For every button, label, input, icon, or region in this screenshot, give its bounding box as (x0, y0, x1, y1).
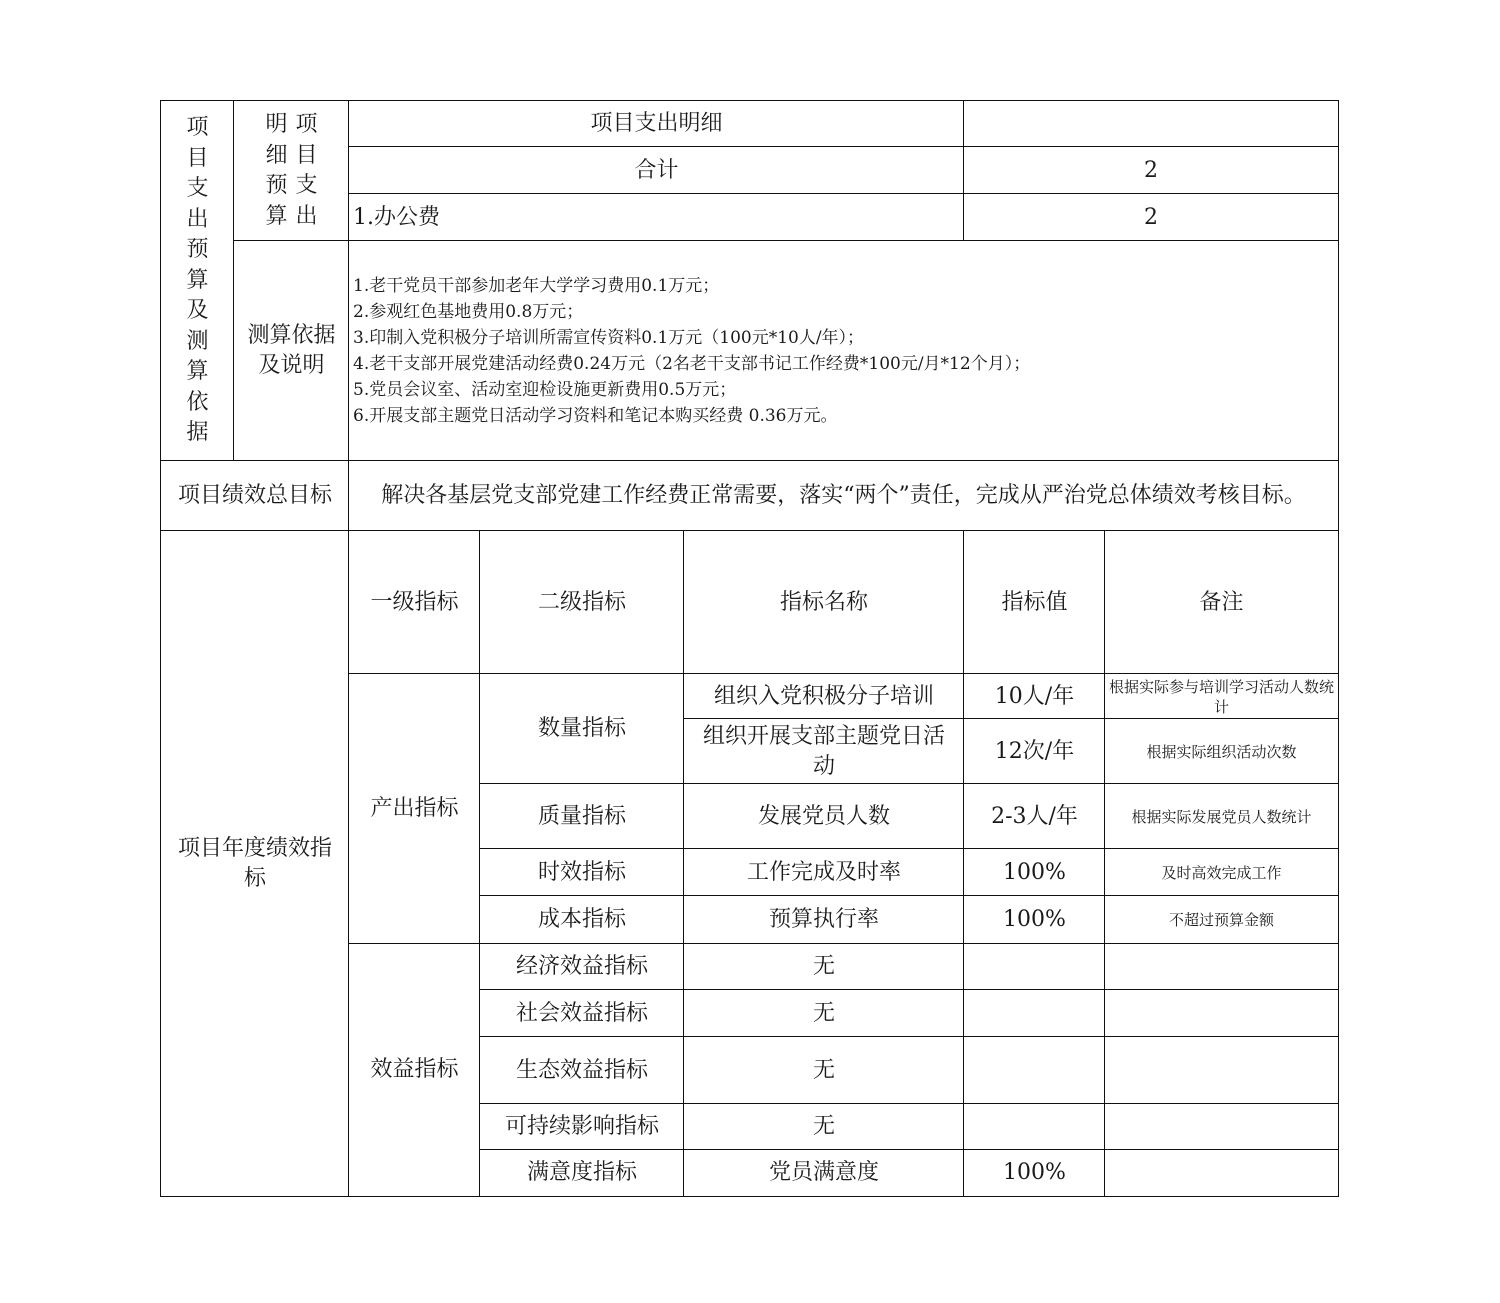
header-level1-text: 一级指标 (370, 588, 458, 618)
budget-outer-label-text: 项目支出预算及测算依据 (186, 113, 208, 449)
basis-line: 1.老干党员干部参加老年大学学习费用0.1万元； (353, 273, 719, 299)
indicator-name-text: 党员满意度 (769, 1158, 879, 1188)
level2-text: 可持续影响指标 (505, 1112, 659, 1142)
indicator-name-text: 组织开展支部主题党日活动 (694, 722, 954, 782)
indicator-value-text: 100% (1003, 858, 1066, 888)
expense-item-amount: 2 (1144, 203, 1158, 233)
indicator-name: 发展党员人数 (683, 783, 965, 850)
indicator-note: 根据实际组织活动次数 (1104, 718, 1339, 785)
header-name: 指标名称 (683, 530, 965, 675)
level2-economic: 经济效益指标 (479, 943, 685, 991)
detail-budget-label: 明细预算 项目支出 (233, 100, 350, 242)
indicator-name: 无 (683, 943, 965, 991)
level2-text: 经济效益指标 (516, 952, 648, 982)
header-level2: 二级指标 (479, 530, 685, 675)
goal-label-cell: 项目绩效总目标 (160, 460, 350, 532)
goal-label: 项目绩效总目标 (178, 481, 332, 511)
header-value: 指标值 (963, 530, 1106, 675)
indicator-value-text: 12次/年 (995, 737, 1074, 767)
indicator-note (1104, 1149, 1339, 1197)
expense-detail-header: 项目支出明细 (348, 100, 965, 148)
expense-detail-header-value (963, 100, 1339, 148)
goal-text: 解决各基层党支部党建工作经费正常需要，落实“两个”责任，完成从严治党总体绩效考核… (381, 481, 1306, 511)
expense-item-name-cell: 1.办公费 (348, 193, 965, 242)
basis-line: 5.党员会议室、活动室迎检设施更新费用0.5万元； (353, 377, 736, 403)
indicator-note (1104, 943, 1339, 991)
indicator-name: 工作完成及时率 (683, 848, 965, 897)
indicator-note: 不超过预算金额 (1104, 895, 1339, 945)
indicator-value (963, 943, 1106, 991)
indicator-value-text: 10人/年 (995, 682, 1074, 712)
basis-line: 4.老干支部开展党建活动经费0.24万元（2名老干支部书记工作经费*100元/月… (353, 351, 1030, 377)
indicator-note (1104, 989, 1339, 1038)
level2-satisfaction: 满意度指标 (479, 1149, 685, 1197)
indicator-name-text: 工作完成及时率 (747, 858, 901, 888)
detail-budget-label-col2: 项目支出 (296, 110, 318, 232)
indicators-label: 项目年度绩效指标 (175, 834, 335, 894)
indicator-name-text: 无 (813, 999, 835, 1029)
level1-benefit: 效益指标 (348, 943, 481, 1197)
header-note: 备注 (1104, 530, 1339, 675)
header-level1: 一级指标 (348, 530, 481, 675)
indicator-name: 组织入党积极分子培训 (683, 673, 965, 720)
indicator-name-text: 无 (813, 952, 835, 982)
header-value-text: 指标值 (1001, 588, 1067, 618)
total-label: 合计 (634, 156, 678, 186)
header-note-text: 备注 (1199, 588, 1243, 618)
indicator-name: 预算执行率 (683, 895, 965, 945)
indicator-name-text: 预算执行率 (769, 905, 879, 935)
level2-text: 生态效益指标 (516, 1056, 648, 1086)
indicator-value: 10人/年 (963, 673, 1106, 720)
indicator-value: 100% (963, 848, 1106, 897)
level1-benefit-text: 效益指标 (370, 1055, 458, 1085)
header-name-text: 指标名称 (780, 588, 868, 618)
expense-detail-header-text: 项目支出明细 (590, 109, 722, 139)
indicator-value-text: 100% (1003, 905, 1066, 935)
indicator-value-text: 2-3人/年 (991, 802, 1078, 832)
indicator-note-text: 根据实际参与培训学习活动人数统计 (1109, 677, 1334, 717)
level1-output-text: 产出指标 (370, 794, 458, 824)
basis-line: 3.印制入党积极分子培训所需宣传资料0.1万元（100元*10人/年）； (353, 325, 864, 351)
indicator-note-text: 根据实际发展党员人数统计 (1131, 807, 1311, 827)
indicator-value: 100% (963, 1149, 1106, 1197)
basis-label: 测算依据及说明 (242, 321, 342, 381)
basis-line: 2.参观红色基地费用0.8万元； (353, 299, 583, 325)
indicator-name: 无 (683, 1103, 965, 1151)
indicator-note-text: 根据实际组织活动次数 (1146, 742, 1296, 762)
level2-timeliness: 时效指标 (479, 848, 685, 897)
level2-cost: 成本指标 (479, 895, 685, 945)
indicator-name: 无 (683, 989, 965, 1038)
indicator-name-text: 发展党员人数 (758, 802, 890, 832)
indicator-value: 100% (963, 895, 1106, 945)
indicator-note (1104, 1103, 1339, 1151)
indicator-note: 根据实际参与培训学习活动人数统计 (1104, 673, 1339, 720)
total-value-cell: 2 (963, 146, 1339, 195)
level2-ecological: 生态效益指标 (479, 1036, 685, 1105)
level2-text: 时效指标 (538, 858, 626, 888)
level2-quantity: 数量指标 (479, 673, 685, 785)
level1-output: 产出指标 (348, 673, 481, 945)
basis-line: 6.开展支部主题党日活动学习资料和笔记本购买经费 0.36万元。 (353, 403, 837, 429)
budget-outer-label: 项目支出预算及测算依据 (160, 100, 235, 462)
indicator-value: 2-3人/年 (963, 783, 1106, 850)
indicator-note: 根据实际发展党员人数统计 (1104, 783, 1339, 850)
indicator-name-text: 组织入党积极分子培训 (714, 682, 934, 712)
level2-quantity-text: 数量指标 (538, 714, 626, 744)
header-level2-text: 二级指标 (538, 588, 626, 618)
level2-text: 社会效益指标 (516, 999, 648, 1029)
indicator-value (963, 1103, 1106, 1151)
budget-table: 项目支出预算及测算依据 明细预算 项目支出 项目支出明细 合计 2 1.办公费 … (0, 0, 1500, 1303)
detail-budget-label-col1: 明细预算 (265, 110, 287, 232)
indicator-note: 及时高效完成工作 (1104, 848, 1339, 897)
indicator-value: 12次/年 (963, 718, 1106, 785)
level2-social: 社会效益指标 (479, 989, 685, 1038)
indicator-name: 党员满意度 (683, 1149, 965, 1197)
indicator-name: 无 (683, 1036, 965, 1105)
indicator-value-text: 100% (1003, 1158, 1066, 1188)
expense-item-name: 1.办公费 (353, 203, 440, 233)
indicator-note (1104, 1036, 1339, 1105)
indicator-value (963, 1036, 1106, 1105)
goal-text-cell: 解决各基层党支部党建工作经费正常需要，落实“两个”责任，完成从严治党总体绩效考核… (348, 460, 1339, 532)
level2-sustainability: 可持续影响指标 (479, 1103, 685, 1151)
indicator-note-text: 及时高效完成工作 (1161, 863, 1281, 883)
level2-quality: 质量指标 (479, 783, 685, 850)
total-value: 2 (1144, 156, 1158, 186)
level2-text: 质量指标 (538, 802, 626, 832)
total-label-cell: 合计 (348, 146, 965, 195)
indicator-note-text: 不超过预算金额 (1169, 910, 1274, 930)
indicators-label-cell: 项目年度绩效指标 (160, 530, 350, 1197)
expense-item-amount-cell: 2 (963, 193, 1339, 242)
basis-notes: 1.老干党员干部参加老年大学学习费用0.1万元； 2.参观红色基地费用0.8万元… (348, 240, 1339, 462)
indicator-name-text: 无 (813, 1112, 835, 1142)
indicator-name: 组织开展支部主题党日活动 (683, 718, 965, 785)
basis-label-cell: 测算依据及说明 (233, 240, 350, 462)
indicator-value (963, 989, 1106, 1038)
level2-text: 满意度指标 (527, 1158, 637, 1188)
indicator-name-text: 无 (813, 1056, 835, 1086)
level2-text: 成本指标 (538, 905, 626, 935)
